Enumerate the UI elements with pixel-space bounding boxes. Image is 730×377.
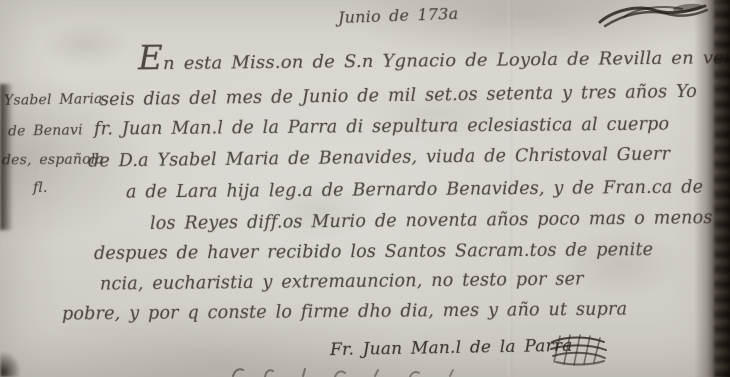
burial-entry-line: los Reyes diff.os Murio de noventa años …: [150, 208, 713, 234]
burial-entry-line: despues de haver recibido los Santos Sac…: [94, 240, 653, 264]
page-right-edge-texture: [714, 0, 730, 377]
burial-entry-line: En esta Miss.on de S.n Ygnacio de Loyola…: [138, 43, 730, 75]
burial-entry-line: a de Lara hija leg.a de Bernardo Benavid…: [126, 177, 703, 202]
burial-entry-line: seis dias del mes de Junio de mil set.os…: [100, 82, 697, 110]
paper-stain: [40, 20, 130, 70]
burial-entry-line: fr. Juan Man.l de la Parra di sepultura …: [94, 114, 669, 139]
priest-signature: Fr. Juan Man.l de la Parra: [330, 336, 573, 360]
burial-entry-line: de D.a Ysabel Maria de Benavides, viuda …: [88, 144, 670, 171]
margin-note-line: de Benavi: [8, 122, 83, 139]
ink-blob-bottom-left: [0, 352, 20, 377]
cutoff-next-entry-ink-marks: [225, 364, 485, 377]
signature-rubric-icon: [548, 332, 610, 370]
binding-shadow-left: [0, 84, 13, 230]
burial-entry-line: pobre, y por q conste lo firme dho dia, …: [62, 300, 627, 325]
margin-note-line: Ysabel Maria: [4, 91, 103, 109]
manuscript-page: Junio de 173a Ysabel Maria de Benavi des…: [0, 0, 730, 377]
margin-note-line: fl.: [33, 180, 48, 196]
header-date: Junio de 173a: [338, 4, 459, 27]
